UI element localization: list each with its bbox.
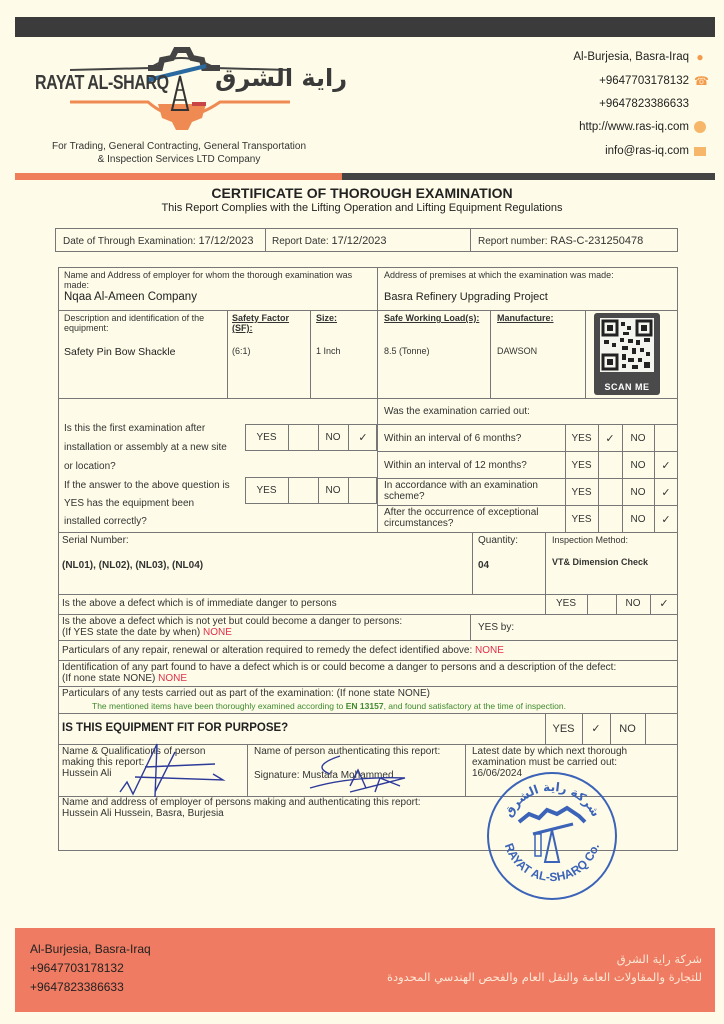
first-exam-yes-checkbox[interactable] [289,425,318,450]
exceptional-question: After the occurrence of exceptional circ… [384,507,539,529]
scheme-q-line2: scheme? [384,491,538,502]
certificate-title: CERTIFICATE OF THOROUGH EXAMINATION [0,185,724,201]
brand-name-english: RAYAT AL-SHARQ [35,72,169,95]
tests-note-before: The mentioned items have been thoroughly… [92,701,346,711]
footer-address: Al-Burjesia, Basra-Iraq [30,940,151,959]
manufacture-label: Manufacture: [497,313,554,323]
inspection-method-label: Inspection Method: [552,535,628,545]
exam-carried-out-label: Was the examination carried out: [384,406,530,417]
header-divider-orange [15,173,342,180]
fit-no-checkbox[interactable] [646,714,677,743]
fit-no-label: NO [610,723,645,735]
footer-arabic-line1: شركة راية الشرق [387,950,702,968]
installed-q-line2: YES has the equipment been [64,495,230,513]
maker-signature [115,742,235,802]
scheme-no-checkbox[interactable]: ✓ [654,486,678,499]
mail-icon [694,147,706,156]
first-exam-no-checkbox[interactable]: ✓ [349,431,377,444]
first-exam-q-line2: installation or assembly at a new site [64,438,227,457]
exceptional-q-line2: circumstances? [384,518,539,529]
employer-of-persons-value: Hussein Ali Hussein, Basra, Burjesia [62,808,421,819]
header-divider-dark [342,173,715,180]
fit-yes-checkbox[interactable]: ✓ [582,722,610,735]
globe-icon [694,121,706,133]
first-exam-question: Is this the first examination after inst… [64,419,227,476]
footer-contact: Al-Burjesia, Basra-Iraq +9647703178132 +… [30,940,151,997]
footer-phone-2: +9647823386633 [30,978,151,997]
interval-12-question: Within an interval of 12 months? [384,460,527,471]
report-number-value: RAS-C-231250478 [550,235,643,247]
exceptional-yes-checkbox[interactable] [599,506,621,531]
safety-factor-value: (6:1) [232,346,251,356]
location-pin-icon: ● [694,51,706,63]
installed-yes-checkbox[interactable] [289,478,318,503]
premises-value: Basra Refinery Upgrading Project [384,291,548,303]
tests-note-after: , and found satisfactory at the time of … [384,701,566,711]
interval-12-no-checkbox[interactable]: ✓ [654,459,678,472]
installed-q-line3: installed correctly? [64,513,230,531]
contact-phone-1-text: +9647703178132 [599,75,689,87]
interval-6-question: Within an interval of 6 months? [384,433,521,444]
report-number-field: Report number: RAS-C-231250478 [478,235,643,247]
tagline-line-2: & Inspection Services LTD Company [34,153,324,166]
scheme-no-label: NO [622,487,654,498]
installed-yes-label: YES [245,485,288,496]
authenticator-signature [290,748,420,798]
interval-6-yes-checkbox[interactable]: ✓ [598,432,622,445]
qr-code[interactable]: SCAN ME [594,313,660,395]
future-danger-value: NONE [203,627,232,638]
exam-date-value: 17/12/2023 [198,235,253,247]
scheme-yes-label: YES [565,487,598,498]
repair-value: NONE [475,645,504,656]
defect-part-label-line2: (If none state NONE) [62,673,155,684]
tests-note-standard: EN 13157 [346,701,384,711]
serial-number-value: (NL01), (NL02), (NL03), (NL04) [62,560,203,571]
interval-6-no-checkbox[interactable] [655,425,677,450]
scheme-q-line1: In accordance with an examination [384,480,538,491]
report-date-label: Report Date: [272,236,329,247]
certificate-subtitle: This Report Complies with the Lifting Op… [0,202,724,214]
exceptional-yes-label: YES [565,514,598,525]
exceptional-no-checkbox[interactable]: ✓ [654,513,678,526]
future-danger-q-line1: Is the above a defect which is not yet b… [62,616,402,627]
immediate-danger-question: Is the above a defect which is of immedi… [62,598,337,609]
repair-field: Particulars of any repair, renewal or al… [62,645,504,656]
contact-phone-2: +9647823386633 [599,98,689,110]
swl-label: Safe Working Load(s): [384,313,479,323]
contact-email[interactable]: info@ras-iq.com [605,145,706,157]
contact-phone-2-text: +9647823386633 [599,98,689,110]
scheme-yes-checkbox[interactable] [599,479,621,504]
future-danger-q-line2: (If YES state the date by when) [62,627,200,638]
report-number-label: Report number: [478,236,547,247]
scheme-question: In accordance with an examination scheme… [384,480,538,502]
next-exam-label-line2: examination must be carried out: [472,757,627,768]
interval-12-yes-label: YES [565,460,598,471]
repair-label: Particulars of any repair, renewal or al… [62,645,472,656]
report-date-field: Report Date: 17/12/2023 [272,235,387,247]
phone-icon: ☎ [694,75,706,87]
tagline-line-1: For Trading, General Contracting, Genera… [34,140,324,153]
future-danger-question: Is the above a defect which is not yet b… [62,616,402,638]
fit-yes-label: YES [545,723,582,735]
premises-label: Address of premises at which the examina… [384,270,614,280]
website-link[interactable]: http://www.ras-iq.com [579,121,689,133]
interval-12-yes-checkbox[interactable] [599,452,621,477]
employer-label: Name and Address of employer for whom th… [64,270,374,290]
equipment-description-value: Safety Pin Bow Shackle [64,346,175,358]
company-tagline: For Trading, General Contracting, Genera… [34,140,324,166]
tests-label: Particulars of any tests carried out as … [62,688,430,699]
defect-part-label-line1: Identification of any part found to have… [62,662,616,673]
qr-scan-label: SCAN ME [594,382,660,392]
immediate-danger-yes-checkbox[interactable] [588,595,615,613]
quantity-label: Quantity: [478,535,518,546]
first-exam-q-line3: or location? [64,457,227,476]
swl-value: 8.5 (Tonne) [384,346,430,356]
installed-no-checkbox[interactable] [349,478,377,503]
immediate-danger-no-checkbox[interactable]: ✓ [650,597,678,610]
equipment-description-label: Description and identification of the eq… [64,313,224,333]
exam-date-field: Date of Through Examination: 17/12/2023 [63,235,254,247]
quantity-value: 04 [478,560,489,571]
installed-correctly-question: If the answer to the above question is Y… [64,477,230,531]
qr-code-pattern [600,318,654,372]
installed-no-label: NO [318,485,348,496]
size-label: Size: [316,313,337,323]
installed-q-line1: If the answer to the above question is [64,477,230,495]
safety-factor-label: Safety Factor (SF): [232,313,307,333]
employer-value: Nqaa Al-Ameen Company [64,291,197,303]
interval-12-no-label: NO [622,460,654,471]
footer-arabic-line2: للتجارة والمقاولات العامة والنقل العام و… [387,968,702,986]
header-top-bar [15,17,715,37]
immediate-danger-yes-label: YES [545,598,587,609]
manufacture-value: DAWSON [497,346,537,356]
fit-for-purpose-question: IS THIS EQUIPMENT FIT FOR PURPOSE? [62,722,288,734]
contact-phone-1: +9647703178132 ☎ [599,75,706,87]
defect-part-field: Identification of any part found to have… [62,662,616,684]
email-link[interactable]: info@ras-iq.com [605,145,689,157]
defect-part-value: NONE [158,673,187,684]
exceptional-q-line1: After the occurrence of exceptional [384,507,539,518]
serial-number-label: Serial Number: [62,535,129,546]
footer-arabic: شركة راية الشرق للتجارة والمقاولات العام… [387,950,702,986]
contact-address-text: Al-Burjesia, Basra-Iraq [573,51,689,63]
yes-by-label: YES by: [478,622,514,633]
tests-note: The mentioned items have been thoroughly… [92,701,566,711]
brand-name-arabic: راية الشرق [215,64,347,92]
interval-6-yes-label: YES [565,433,598,444]
next-exam-label-line1: Latest date by which next thorough [472,746,627,757]
first-exam-no-label: NO [318,432,348,443]
first-exam-q-line1: Is this the first examination after [64,419,227,438]
size-value: 1 Inch [316,346,341,356]
inspection-method-value: VT& Dimension Check [552,557,648,567]
report-date-value: 17/12/2023 [331,235,386,247]
first-exam-yes-label: YES [245,432,288,443]
company-stamp: شركة راية الشرق RAYAT AL-SHARQ Co. [487,772,617,900]
footer-phone-1: +9647703178132 [30,959,151,978]
interval-6-no-label: NO [622,433,654,444]
exceptional-no-label: NO [622,514,654,525]
contact-address: Al-Burjesia, Basra-Iraq ● [573,51,706,63]
contact-website[interactable]: http://www.ras-iq.com [579,121,706,133]
exam-date-label: Date of Through Examination: [63,236,196,247]
immediate-danger-no-label: NO [616,598,650,609]
